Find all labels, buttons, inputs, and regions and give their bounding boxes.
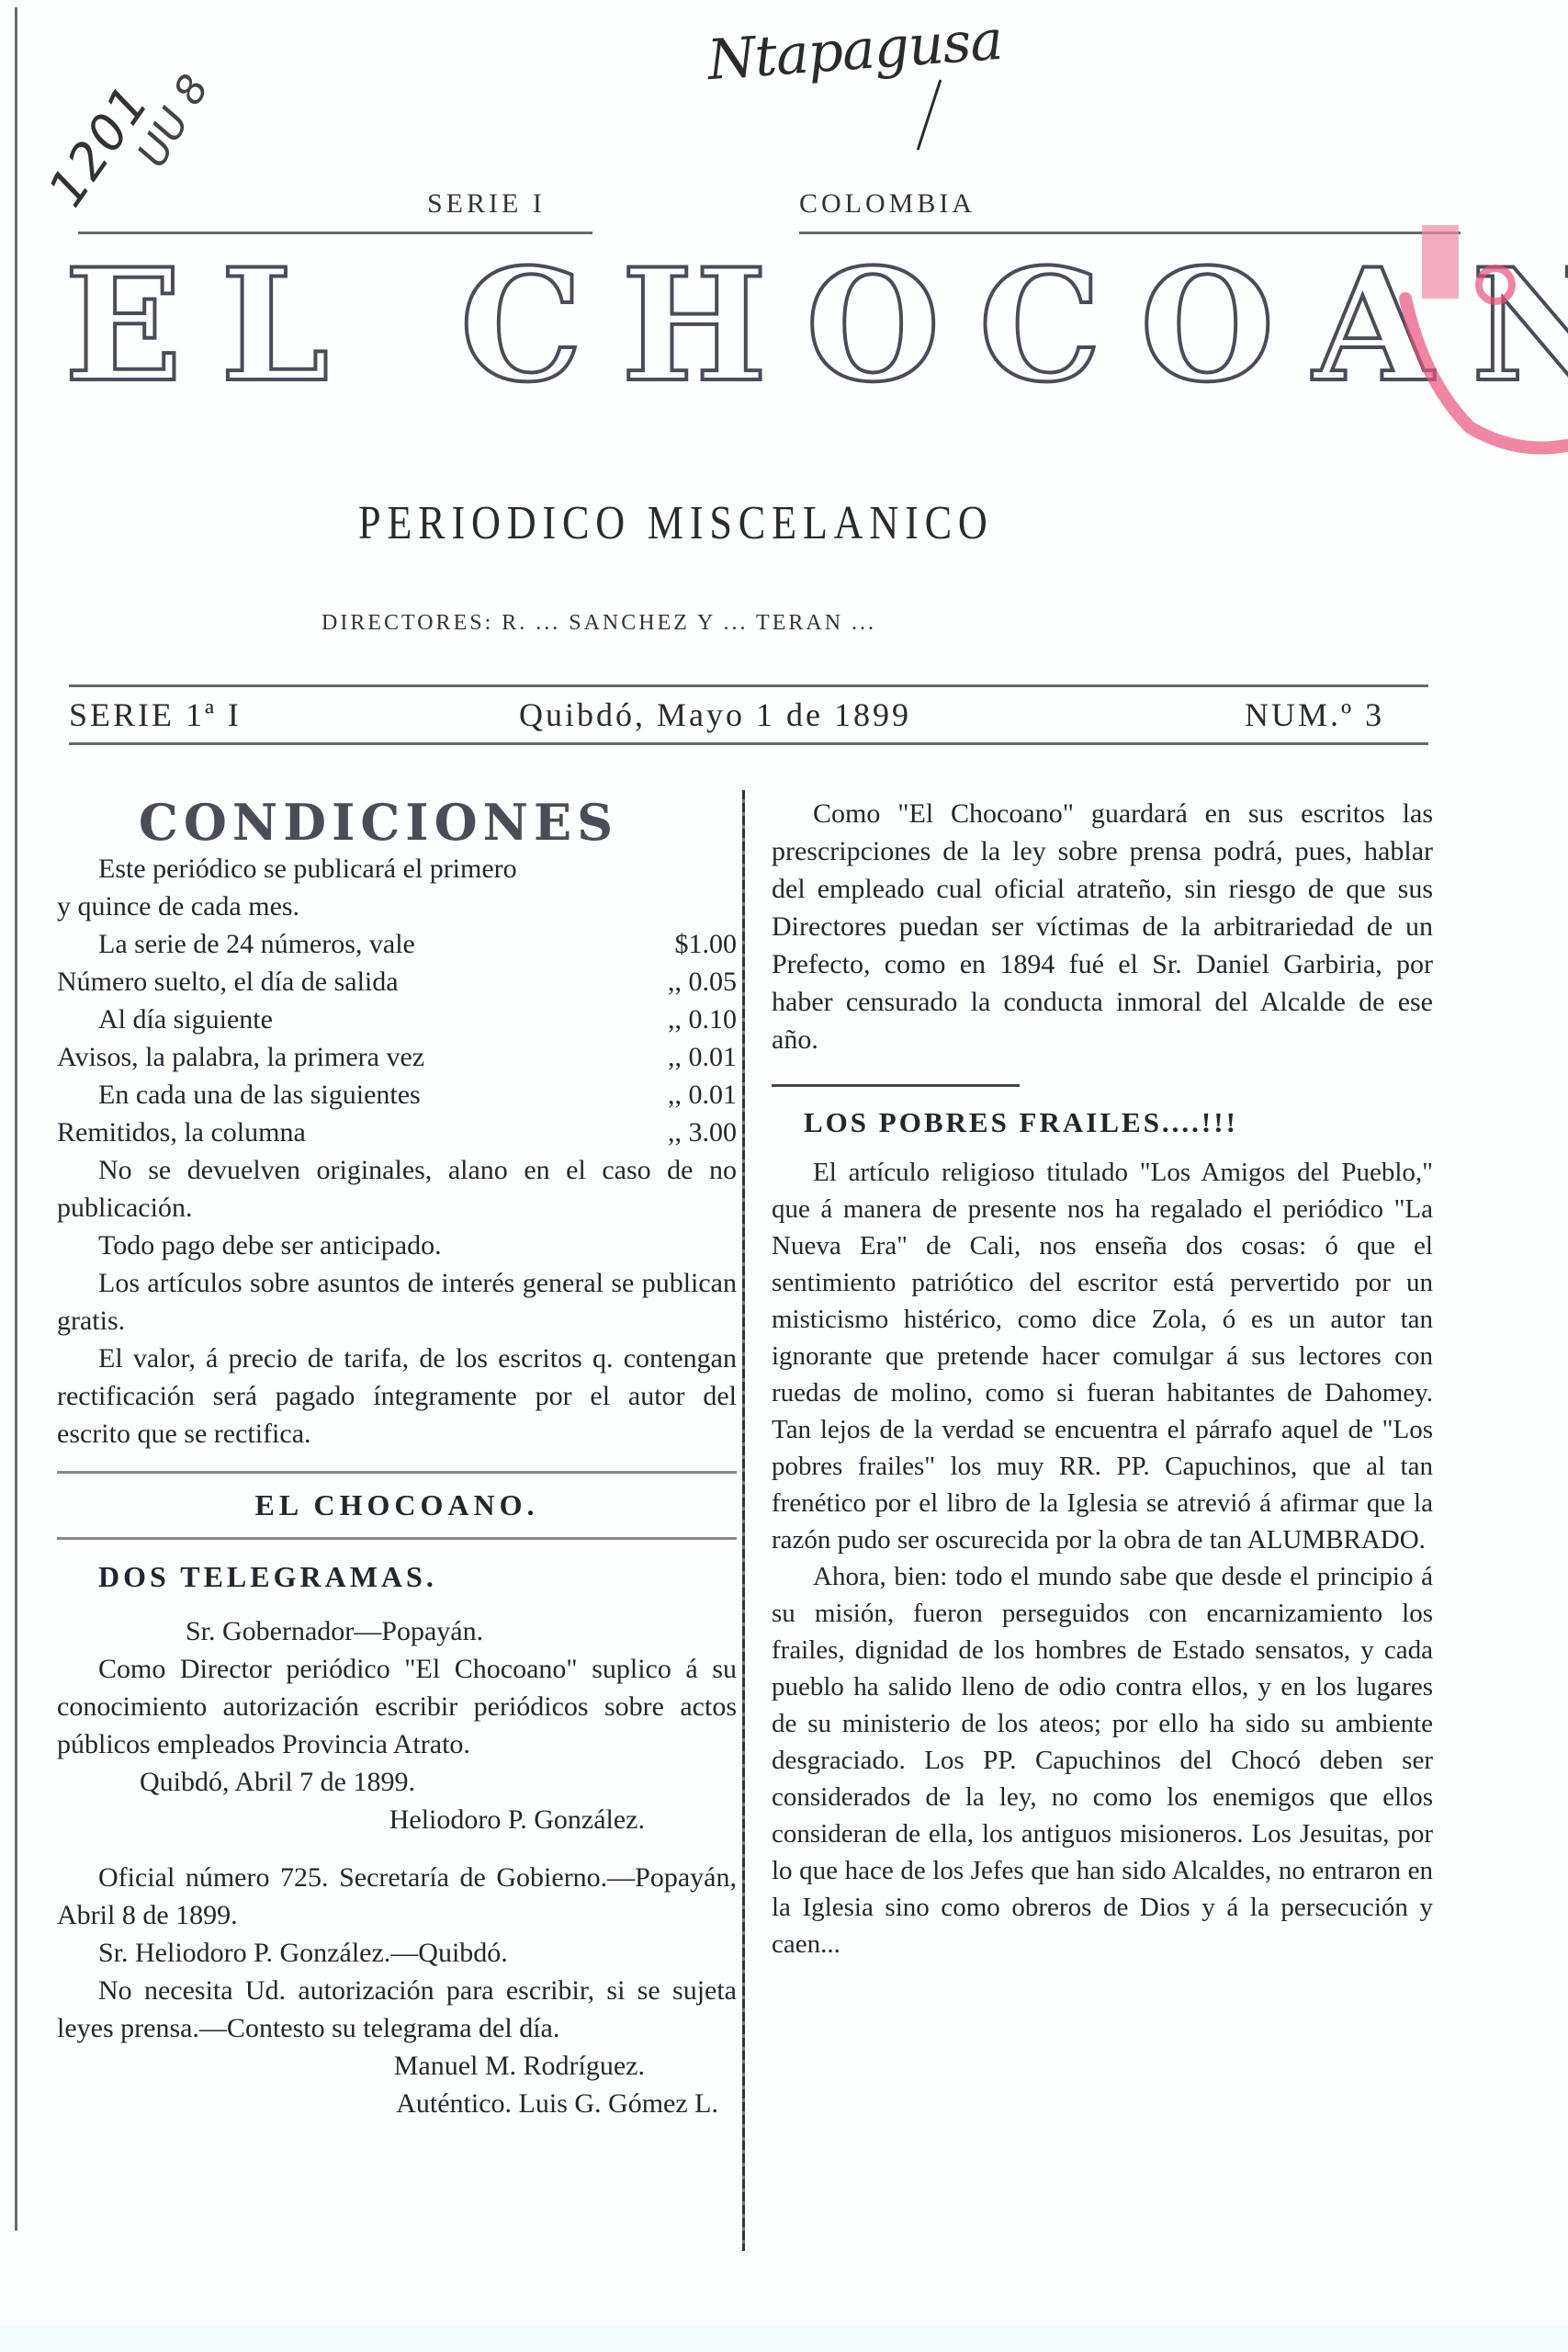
telegram-reply-signature: Manuel M. Rodríguez. bbox=[57, 2047, 737, 2085]
paper-section-heading: EL CHOCOANO. bbox=[57, 1487, 737, 1524]
left-column: CONDICIONES Este periódico se publicará … bbox=[57, 795, 737, 2122]
masthead-ornament-left: SERIE I bbox=[427, 188, 546, 220]
price-value: ,, 0.01 bbox=[668, 1076, 737, 1114]
issue-line-bottom-rule bbox=[69, 742, 1428, 745]
article-title: LOS POBRES FRAILES....!!! bbox=[772, 1103, 1433, 1141]
issue-info-line: SERIE 1ª I Quibdó, Mayo 1 de 1899 NUM.º … bbox=[69, 695, 1428, 741]
price-label: Remitidos, la columna bbox=[57, 1114, 306, 1151]
telegram-address: Sr. Gobernador—Popayán. bbox=[57, 1612, 737, 1650]
price-row: Avisos, la palabra, la primera vez ,, 0.… bbox=[57, 1038, 737, 1076]
issue-line-top-rule bbox=[69, 684, 1428, 687]
price-row: Número suelto, el día de salida ,, 0.05 bbox=[57, 963, 737, 1001]
section-rule bbox=[57, 1537, 737, 1540]
conditions-intro-line1: Este periódico se publicará el primero bbox=[57, 850, 737, 888]
telegram-signature: Heliodoro P. González. bbox=[57, 1801, 737, 1838]
price-label: Al día siguiente bbox=[57, 1001, 273, 1038]
price-value: ,, 3.00 bbox=[668, 1114, 737, 1151]
column-divider bbox=[742, 790, 745, 2251]
price-label: Avisos, la palabra, la primera vez bbox=[57, 1038, 424, 1076]
price-list: La serie de 24 números, vale $1.00 Númer… bbox=[57, 925, 737, 1151]
price-value: ,, 0.05 bbox=[668, 963, 737, 1001]
series-label: SERIE 1ª I bbox=[69, 695, 242, 734]
conditions-heading: CONDICIONES bbox=[57, 795, 737, 850]
opening-paragraph: Como "El Chocoano" guardará en sus escri… bbox=[772, 795, 1433, 1058]
conditions-note: Todo pago debe ser anticipado. bbox=[57, 1227, 737, 1264]
signature-stroke bbox=[917, 79, 942, 150]
price-label: Número suelto, el día de salida bbox=[57, 963, 399, 1001]
telegram-reply-body: No necesita Ud. autorización para escrib… bbox=[57, 1972, 737, 2047]
directors-line: DIRECTORES: R. ... SANCHEZ Y ... TERAN .… bbox=[321, 611, 876, 636]
price-row: La serie de 24 números, vale $1.00 bbox=[57, 925, 737, 963]
scan-bottom-margin bbox=[0, 2324, 1568, 2352]
price-value: ,, 0.01 bbox=[668, 1038, 737, 1076]
date-place: Quibdó, Mayo 1 de 1899 bbox=[519, 695, 911, 734]
price-label: La serie de 24 números, vale bbox=[57, 925, 415, 963]
telegram-dateline: Quibdó, Abril 7 de 1899. bbox=[57, 1763, 737, 1801]
price-row: Remitidos, la columna ,, 3.00 bbox=[57, 1114, 737, 1151]
price-value: ,, 0.10 bbox=[668, 1001, 737, 1038]
conditions-intro-line2: y quince de cada mes. bbox=[57, 888, 737, 925]
article-paragraph: El artículo religioso titulado "Los Amig… bbox=[772, 1154, 1433, 1558]
article-separator bbox=[772, 1084, 1020, 1087]
section-rule bbox=[57, 1471, 737, 1474]
conditions-note: El valor, á precio de tarifa, de los esc… bbox=[57, 1340, 737, 1453]
price-row: En cada una de las siguientes ,, 0.01 bbox=[57, 1076, 737, 1114]
conditions-note: Los artículos sobre asuntos de interés g… bbox=[57, 1264, 737, 1340]
telegram-body: Como Director periódico "El Chocoano" su… bbox=[57, 1650, 737, 1763]
handwritten-signature: Ntapagusa bbox=[705, 8, 1004, 93]
page-left-edge bbox=[15, 7, 17, 2231]
masthead-ornament-right: COLOMBIA bbox=[799, 188, 976, 220]
red-archive-stamp bbox=[1387, 198, 1568, 464]
telegram-reply-header: Oficial número 725. Secretaría de Gobier… bbox=[57, 1859, 737, 1934]
conditions-note: No se devuelven originales, alano en el … bbox=[57, 1151, 737, 1227]
article-paragraph: Ahora, bien: todo el mundo sabe que desd… bbox=[772, 1558, 1433, 1962]
issue-number: NUM.º 3 bbox=[1245, 695, 1384, 734]
telegrams-heading: DOS TELEGRAMAS. bbox=[57, 1558, 737, 1596]
telegram-reply-address: Sr. Heliodoro P. González.—Quibdó. bbox=[57, 1934, 737, 1972]
price-value: $1.00 bbox=[675, 925, 738, 963]
price-row: Al día siguiente ,, 0.10 bbox=[57, 1001, 737, 1038]
telegram-attestation: Auténtico. Luis G. Gómez L. bbox=[57, 2085, 737, 2122]
newspaper-title: EL CHOCOANO bbox=[64, 248, 1396, 402]
price-label: En cada una de las siguientes bbox=[57, 1076, 421, 1114]
right-column: Como "El Chocoano" guardará en sus escri… bbox=[772, 795, 1433, 1962]
newspaper-subtitle: PERIODICO MISCELANICO bbox=[358, 496, 994, 550]
